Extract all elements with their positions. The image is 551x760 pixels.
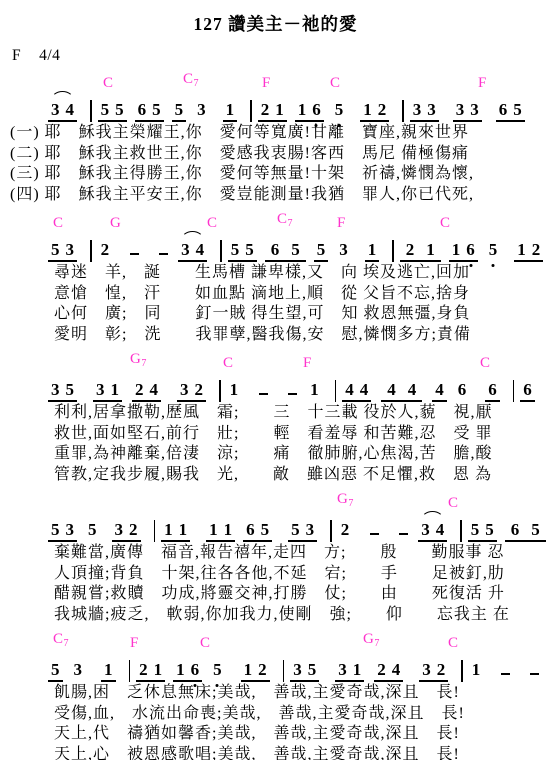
- note-digit: 1: [223, 101, 238, 120]
- note-digit: 1: [101, 661, 116, 680]
- music-system: CGCC7FC5323455655312116512尋迷 羊, 誕 生馬槽 謙卑…: [0, 212, 551, 345]
- note-digit: 2: [375, 101, 390, 120]
- note: 1: [469, 661, 484, 682]
- notation-line: 3455655312116512333365: [48, 91, 551, 122]
- note-group: 65: [243, 521, 272, 542]
- hymn-title: 127 讚美主－祂的愛: [0, 0, 551, 36]
- lyric-line: 人頂撞;背負 十架,往各各他,不延 宕; 手 足被釘,肋: [54, 564, 551, 585]
- note-digit: 4: [193, 241, 208, 260]
- chord-symbol: C: [448, 496, 458, 511]
- note-digit: 2: [400, 241, 421, 260]
- bar-line: [283, 660, 285, 682]
- note-group: 65: [505, 521, 546, 542]
- note-group: 24: [132, 381, 161, 402]
- note-digit: 3: [48, 101, 63, 120]
- bar-line: [513, 380, 515, 402]
- note: 5: [210, 661, 225, 682]
- note-digit: 5: [258, 521, 273, 540]
- note: 2: [98, 241, 113, 262]
- note-digit: 4: [402, 381, 423, 400]
- note-digit: 5: [510, 101, 525, 120]
- note: 5: [85, 521, 100, 542]
- note-digit: 1: [176, 521, 191, 540]
- note-digit: 2: [136, 661, 151, 680]
- lyric-line: 利利,居拿撒勒,歷風 霜; 三 十三載 役於人,藐 視,厭: [54, 403, 551, 424]
- note-digit: 1: [173, 661, 188, 680]
- bar-line: [330, 520, 332, 542]
- note-group: 55: [98, 101, 127, 122]
- note-group: 1: [223, 101, 238, 122]
- note-group: 5: [314, 241, 329, 262]
- notation-line: 5323455655312116512: [48, 231, 551, 262]
- note-group: 65: [265, 241, 306, 262]
- bar-line: [460, 520, 462, 542]
- note-digit: 4: [357, 381, 372, 400]
- note-group: 12: [241, 661, 270, 682]
- note-digit: 1: [108, 381, 123, 400]
- chord-symbol: C: [207, 216, 217, 231]
- note-digit: 4: [342, 381, 357, 400]
- lyric-line: 心何 廣; 同 釘一賊 得生望,可 知 救恩無彊,身負: [54, 304, 551, 325]
- note-group: 24: [374, 661, 403, 682]
- key-signature: F: [12, 47, 21, 64]
- duration-dash: [130, 253, 139, 255]
- note-digit: 6: [463, 241, 478, 260]
- lyric-line: (四) 耶 穌我主平安王,你 愛豈能測量!我猶 罪人,你已代死,: [10, 185, 551, 206]
- chord-symbol: F: [303, 356, 311, 371]
- chord-symbol: C: [103, 76, 113, 91]
- chord-symbol: C: [448, 636, 458, 651]
- chord-symbol: F: [478, 76, 486, 91]
- chord-symbol: C: [53, 216, 63, 231]
- note-digit: 3: [178, 241, 193, 260]
- note-digit: 5: [172, 101, 187, 120]
- note-digit: 4: [433, 521, 448, 540]
- note-digit: 2: [126, 521, 141, 540]
- note-digit: 6: [309, 101, 324, 120]
- note-group: 53: [288, 521, 317, 542]
- chord-symbol: C7: [183, 72, 199, 91]
- note-group: 55: [468, 521, 497, 542]
- bar-line: [250, 100, 252, 122]
- note-digit: 3: [467, 101, 482, 120]
- note-digit: 2: [434, 661, 449, 680]
- hymn-sheet-page: 127 讚美主－祂的愛 F4/4 CC7FCF34556553121165123…: [0, 0, 551, 760]
- note-group: 21: [136, 661, 165, 682]
- note-digit: 3: [424, 101, 439, 120]
- note-group: 32: [419, 661, 448, 682]
- note-digit: 2: [374, 661, 389, 680]
- note-group: 11: [206, 521, 235, 542]
- note-digit: 5: [228, 241, 243, 260]
- note-group: 34: [418, 521, 447, 542]
- lyric-line: 受傷,血, 水流出命喪;美哉, 善哉,主愛奇哉,深且 長!: [54, 704, 551, 725]
- lyric-line: 尋迷 羊, 誕 生馬槽 謙卑樣,又 向 埃及逃亡,回加: [54, 263, 551, 284]
- bar-line: [129, 660, 131, 682]
- note-group: 16: [173, 661, 202, 682]
- chord-row: G7C: [48, 492, 551, 511]
- note-digit: 6: [188, 661, 203, 680]
- bar-line: [392, 240, 394, 262]
- note: 5: [486, 241, 501, 262]
- note-digit: 4: [389, 661, 404, 680]
- music-system: G7C53532111165532345565棄難當,廣傳 福音,報告禧年,走四…: [0, 492, 551, 625]
- note-digit: 1: [161, 521, 176, 540]
- note-group: 21: [400, 241, 441, 262]
- chord-symbol: F: [337, 216, 345, 231]
- note-digit: 6: [265, 241, 286, 260]
- note-digit: 1: [365, 241, 380, 260]
- note-digit: 1: [514, 241, 529, 260]
- note-digit: 2: [529, 241, 544, 260]
- note-group: 32: [177, 381, 206, 402]
- note-digit: 2: [132, 381, 147, 400]
- note-digit: 3: [290, 661, 305, 680]
- chord-row: CC7FCF: [48, 72, 551, 91]
- note-group: 35: [48, 381, 77, 402]
- duration-dash: [159, 253, 168, 255]
- note-digit: 3: [419, 661, 434, 680]
- bar-line: [335, 380, 337, 402]
- chord-symbol: C: [330, 76, 340, 91]
- chord-symbol: C: [223, 356, 233, 371]
- note-digit: 6: [496, 101, 511, 120]
- note-digit: 3: [63, 241, 78, 260]
- lyric-line: 棄難當,廣傳 福音,報告禧年,走四 方; 殷 勤服事 忍: [54, 543, 551, 564]
- lyric-line: (二) 耶 穌我主救世王,你 愛感我衷腸!客西 馬尼 備極傷痛: [10, 144, 551, 165]
- note-group: 21: [258, 101, 287, 122]
- duration-dash: [501, 673, 510, 675]
- chord-row: G7CFC: [48, 352, 551, 371]
- note-digit: 3: [303, 521, 318, 540]
- chord-symbol: F: [130, 636, 138, 651]
- note: 6: [455, 381, 470, 402]
- note-digit: 6: [135, 101, 150, 120]
- note: 3: [194, 101, 209, 122]
- note-digit: 1: [449, 241, 464, 260]
- note: 1: [227, 381, 242, 402]
- note-group: 53: [48, 241, 77, 262]
- notation-line: 3531243211444446665: [48, 371, 551, 402]
- lyric-line: 天上,心 被恩感歌唱;美哉, 善哉,主愛奇哉,深且 長!: [54, 745, 551, 760]
- note-digit: 3: [453, 101, 468, 120]
- note-group: 34: [178, 241, 207, 262]
- chord-symbol: C7: [277, 212, 293, 231]
- note-digit: 5: [63, 381, 78, 400]
- notation-line: 5312116512353124321: [48, 651, 551, 682]
- chord-symbol: G7: [130, 352, 146, 371]
- note-digit: 6: [243, 521, 258, 540]
- note: 3: [71, 661, 86, 682]
- chord-symbol: G7: [363, 632, 379, 651]
- note-digit: 3: [335, 661, 350, 680]
- note-digit: 4: [381, 381, 402, 400]
- bar-line: [154, 520, 156, 542]
- note-digit: 5: [48, 241, 63, 260]
- note-digit: 1: [350, 661, 365, 680]
- lyric-line: 我城牆;疲乏, 軟弱,你加我力,使剛 強; 仰 忘我主 在: [54, 605, 551, 626]
- lyric-line: 管教,定我步履,賜我 光, 敵 雖凶惡 不足懼,救 恩 為: [54, 465, 551, 486]
- lyric-line: 天上,代 禱猶如馨香;美哉, 善哉,主愛奇哉,深且 長!: [54, 724, 551, 745]
- note-group: 11: [161, 521, 190, 542]
- chord-symbol: C: [480, 356, 490, 371]
- note-group: 44: [342, 381, 371, 402]
- note: 2: [338, 521, 353, 542]
- duration-dash: [370, 533, 379, 535]
- note: 5: [332, 101, 347, 122]
- note-group: 1: [365, 241, 380, 262]
- music-system: C7FCG7C5312116512353124321飢腸,困 乏休息無床;美哉,…: [0, 632, 551, 760]
- note-digit: 5: [468, 521, 483, 540]
- lyric-line: 愛明 彰; 洗 我罪孽,醫我傷,安 慰,憐憫多方;責備: [54, 325, 551, 346]
- lyric-line: 救世,面如堅石,前行 壯; 輕 看羞辱 和苦難,忍 受 罪: [54, 424, 551, 445]
- note-group: 1: [101, 661, 116, 682]
- note-digit: 5: [482, 521, 497, 540]
- note-digit: 5: [305, 661, 320, 680]
- duration-dash: [399, 533, 408, 535]
- note-group: 5: [172, 101, 187, 122]
- lyric-line: 醋親嘗;救贖 功成,將靈交神,打勝 仗; 由 死復活 升: [54, 584, 551, 605]
- note-digit: 5: [242, 241, 257, 260]
- chord-symbol: C7: [53, 632, 69, 651]
- note-digit: 6: [520, 381, 535, 400]
- note-digit: 3: [93, 381, 108, 400]
- duration-dash: [259, 393, 268, 395]
- time-signature: 4/4: [39, 47, 60, 64]
- lyrics-block: 尋迷 羊, 誕 生馬槽 謙卑樣,又 向 埃及逃亡,回加意愴 惶, 汗 如血點 滴…: [54, 263, 551, 345]
- note-digit: 1: [206, 521, 221, 540]
- note-digit: 6: [485, 381, 500, 400]
- duration-dash: [530, 673, 539, 675]
- note-digit: 1: [151, 661, 166, 680]
- lyrics-block: 利利,居拿撒勒,歷風 霜; 三 十三載 役於人,藐 視,厭救世,面如堅石,前行 …: [54, 403, 551, 485]
- note-digit: 3: [48, 381, 63, 400]
- note-group: 65: [496, 101, 525, 122]
- note-group: 12: [360, 101, 389, 122]
- note-digit: 3: [112, 521, 127, 540]
- note-digit: 1: [360, 101, 375, 120]
- note-digit: 1: [420, 241, 441, 260]
- note-group: 5: [48, 661, 63, 682]
- bar-line: [90, 100, 92, 122]
- bar-line: [90, 240, 92, 262]
- note-group: 4: [432, 381, 447, 402]
- note-digit: 5: [285, 241, 306, 260]
- note-digit: 5: [149, 101, 164, 120]
- note-digit: 4: [147, 381, 162, 400]
- note-group: 12: [514, 241, 543, 262]
- note-digit: 1: [272, 101, 287, 120]
- note-digit: 5: [525, 521, 546, 540]
- note-group: 31: [93, 381, 122, 402]
- note-digit: 4: [432, 381, 447, 400]
- bar-line: [402, 100, 404, 122]
- note-digit: 3: [418, 521, 433, 540]
- bar-line: [219, 380, 221, 402]
- chord-row: C7FCG7C: [48, 632, 551, 651]
- note: 1: [307, 381, 322, 402]
- lyrics-block: 飢腸,困 乏休息無床;美哉, 善哉,主愛奇哉,深且 長!受傷,血, 水流出命喪;…: [54, 683, 551, 760]
- music-system: CC7FCF3455655312116512333365(一) 耶 穌我主榮耀王…: [0, 72, 551, 205]
- note-digit: 1: [295, 101, 310, 120]
- note-digit: 2: [255, 661, 270, 680]
- lyric-line: (一) 耶 穌我主榮耀王,你 愛何等寬廣!甘離 寶座,親來世界: [10, 123, 551, 144]
- note-digit: 1: [241, 661, 256, 680]
- chord-symbol: G: [110, 216, 121, 231]
- chord-symbol: C: [440, 216, 450, 231]
- note-digit: 5: [48, 521, 63, 540]
- duration-dash: [288, 393, 297, 395]
- note-group: 16: [295, 101, 324, 122]
- note-group: 65: [135, 101, 164, 122]
- note-digit: 3: [177, 381, 192, 400]
- note-group: 16: [449, 241, 478, 262]
- note-group: 33: [453, 101, 482, 122]
- note: 3: [336, 241, 351, 262]
- note-group: 33: [410, 101, 439, 122]
- note-group: 34: [48, 101, 77, 122]
- note-group: 53: [48, 521, 77, 542]
- chord-symbol: G7: [337, 492, 353, 511]
- chord-symbol: C: [200, 636, 210, 651]
- note-group: 6: [520, 381, 535, 402]
- note-digit: 5: [98, 101, 113, 120]
- note-digit: 6: [505, 521, 526, 540]
- note-digit: 1: [221, 521, 236, 540]
- note-digit: 2: [192, 381, 207, 400]
- lyric-line: 飢腸,困 乏休息無床;美哉, 善哉,主愛奇哉,深且 長!: [54, 683, 551, 704]
- note-digit: 5: [314, 241, 329, 260]
- lyric-line: (三) 耶 穌我主得勝王,你 愛何等無量!十架 祈禱,憐憫為懷,: [10, 164, 551, 185]
- note-digit: 2: [258, 101, 273, 120]
- note-group: 6: [485, 381, 500, 402]
- note-digit: 5: [112, 101, 127, 120]
- music-systems: CC7FCF3455655312116512333365(一) 耶 穌我主榮耀王…: [0, 72, 551, 760]
- music-system: G7CFC3531243211444446665利利,居拿撒勒,歷風 霜; 三 …: [0, 352, 551, 485]
- lyric-line: 意愴 惶, 汗 如血點 滴地上,順 從 父旨不忘,捨身: [54, 284, 551, 305]
- chord-row: CGCC7FC: [48, 212, 551, 231]
- lyrics-block: 棄難當,廣傳 福音,報告禧年,走四 方; 殷 勤服事 忍人頂撞;背負 十架,往各…: [54, 543, 551, 625]
- bar-line: [220, 240, 222, 262]
- note-digit: 3: [410, 101, 425, 120]
- chord-symbol: F: [262, 76, 270, 91]
- lyric-line: 重罪,為神離棄,倍淒 涼; 痛 徹肺腑,心焦渴,苦 膽,酸: [54, 444, 551, 465]
- notation-line: 53532111165532345565: [48, 511, 551, 542]
- note-group: 35: [290, 661, 319, 682]
- note-digit: 4: [63, 101, 78, 120]
- key-time-signature: F4/4: [12, 47, 551, 65]
- note-group: 44: [381, 381, 422, 402]
- note-group: 32: [112, 521, 141, 542]
- note-group: 31: [335, 661, 364, 682]
- note-digit: 3: [63, 521, 78, 540]
- note-digit: 5: [48, 661, 63, 680]
- lyrics-block: (一) 耶 穌我主榮耀王,你 愛何等寬廣!甘離 寶座,親來世界(二) 耶 穌我主…: [10, 123, 551, 205]
- note-digit: 5: [288, 521, 303, 540]
- note-group: 55: [228, 241, 257, 262]
- bar-line: [461, 660, 463, 682]
